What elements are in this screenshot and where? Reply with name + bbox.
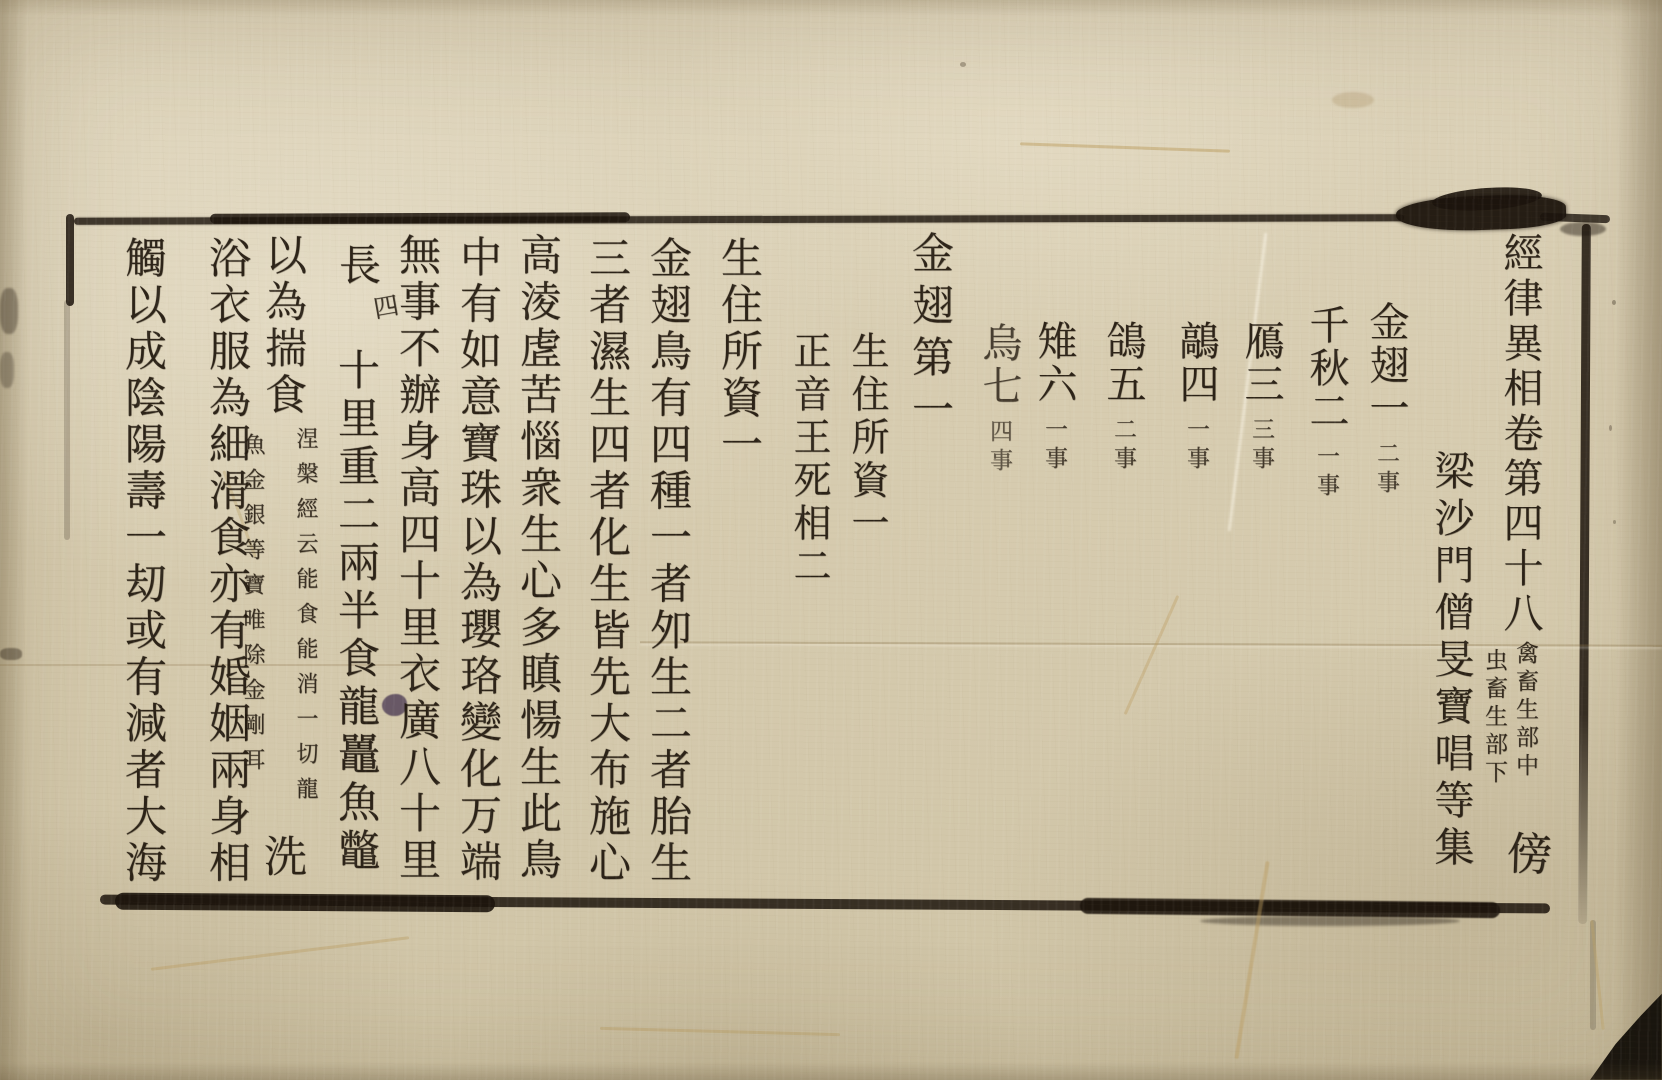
toc-entry-label: 金翅一 bbox=[1363, 301, 1409, 430]
body-column-7-lead: 以為揣食 bbox=[253, 233, 313, 419]
fiber-strand-7 bbox=[1590, 920, 1604, 1030]
edge-bleed-fragment-3 bbox=[0, 648, 22, 660]
section-marker: 傍 bbox=[1492, 829, 1559, 876]
interlinear-note-right: 涅槃經云能食能消一切龍 bbox=[290, 427, 321, 812]
volume-title: 經律異相卷第四十八 bbox=[1492, 232, 1549, 637]
body-column-6-lead: 長 bbox=[327, 243, 387, 290]
body-column-9: 觸以成陰陽壽一刧或有減者大海 bbox=[113, 236, 173, 887]
toc-entry-label: 鶮四 bbox=[1173, 320, 1219, 406]
frame-left-border-faint bbox=[64, 300, 70, 540]
top-ink-blob bbox=[1395, 193, 1566, 233]
body-column-7-tail: 洗 bbox=[252, 834, 313, 877]
toc-entry-pigeon: 鴿五二事 bbox=[1095, 320, 1152, 475]
toc-entry-pheasant: 雉六一事 bbox=[1026, 320, 1083, 475]
body-column-2: 三者濕生四者化生皆先大布施心 bbox=[577, 236, 637, 887]
brown-spot-1 bbox=[1332, 92, 1374, 108]
title-annotation-right: 禽畜生部中 bbox=[1509, 641, 1542, 781]
fiber-strand-3 bbox=[151, 936, 409, 971]
edge-bleed-fragment-1 bbox=[0, 288, 18, 334]
speck-1 bbox=[1612, 300, 1616, 305]
fiber-strand-1 bbox=[1020, 142, 1230, 152]
top-border-right-tail bbox=[1540, 213, 1610, 223]
toc-entry-golden-winged-bird: 金翅一二事 bbox=[1358, 301, 1415, 499]
speck-3 bbox=[1613, 520, 1616, 524]
top-ink-blob-2 bbox=[1431, 184, 1542, 214]
toc-entry-label: 烏七 bbox=[976, 322, 1022, 408]
chapter-subsection-2: 正音王死相二 bbox=[782, 331, 837, 589]
toc-entry-count: 三事 bbox=[1248, 417, 1274, 475]
toc-entry-count: 四事 bbox=[986, 419, 1012, 477]
frame-top-border bbox=[74, 214, 1404, 224]
fiber-strand-5 bbox=[1124, 595, 1180, 715]
frame-bottom-border-thick-left bbox=[115, 893, 495, 913]
fiber-strand-4 bbox=[600, 1027, 840, 1036]
toc-entry-goose: 鴈三三事 bbox=[1233, 320, 1290, 475]
chapter-heading: 金翅第一 bbox=[900, 231, 960, 439]
chapter-subsection-1: 生住所資一 bbox=[840, 331, 895, 546]
toc-entry-label: 鴿五 bbox=[1100, 320, 1146, 406]
top-ink-speckles bbox=[1560, 222, 1606, 236]
scan-corner-black bbox=[1582, 990, 1662, 1080]
body-column-5: 無事不辦身高四十里衣廣八十里 bbox=[387, 233, 447, 884]
body-column-4: 中有如意寶珠以為瓔珞變化万端 bbox=[448, 235, 508, 886]
toc-entry-label: 雉六 bbox=[1031, 320, 1077, 406]
frame-bottom-border bbox=[100, 895, 1550, 914]
toc-entry-count: 一事 bbox=[1313, 444, 1339, 502]
toc-entry-label: 鴈三 bbox=[1238, 320, 1284, 406]
edge-bleed-fragment-2 bbox=[0, 352, 14, 388]
page-right-curl-shading bbox=[1616, 0, 1662, 1080]
compiler-line: 梁沙門僧旻寶唱等集 bbox=[1423, 450, 1480, 873]
body-column-8: 浴衣服為細滑食亦有婚姻兩身相 bbox=[197, 236, 257, 887]
body-column-1: 金翅鳥有四種一者夘生二者胎生 bbox=[638, 236, 698, 887]
frame-right-border bbox=[1578, 224, 1591, 924]
toc-entry-label: 千秋二 bbox=[1303, 304, 1349, 433]
manuscript-page: 經律異相卷第四十八 禽畜生部中 虫畜生部下 傍 梁沙門僧旻寶唱等集 金翅一二事 … bbox=[0, 0, 1662, 1080]
toc-entry-crane: 鶮四一事 bbox=[1168, 320, 1225, 475]
body-column-3: 高淩虗苦惱衆生心多瞋愓生此鳥 bbox=[508, 233, 568, 884]
frame-bottom-border-blob bbox=[1080, 898, 1500, 918]
toc-entry-crow: 烏七四事 bbox=[971, 322, 1028, 477]
title-annotation-left: 虫畜生部下 bbox=[1478, 648, 1511, 788]
frame-top-border-thick bbox=[210, 212, 630, 223]
fiber-strand-2 bbox=[1234, 861, 1269, 1059]
scan-bottom-edge-shadow bbox=[0, 1062, 1662, 1080]
frame-left-border bbox=[66, 214, 74, 306]
toc-entry-count: 二事 bbox=[1373, 441, 1399, 499]
frame-right-border-fade bbox=[1590, 920, 1596, 1030]
speck-2 bbox=[1609, 425, 1612, 431]
page-left-edge-shading bbox=[0, 0, 28, 1080]
page-top-edge-shading bbox=[0, 0, 1662, 16]
body-column-6-rest: 十里重二兩半食龍鼉魚鼈 bbox=[326, 348, 386, 876]
body-section-title: 生住所資一 bbox=[709, 236, 769, 469]
toc-entry-count: 一事 bbox=[1041, 417, 1067, 475]
toc-entry-count: 二事 bbox=[1110, 417, 1136, 475]
speck-4 bbox=[960, 62, 966, 67]
toc-entry-qianqiu: 千秋二一事 bbox=[1298, 304, 1355, 502]
bottom-border-speckles bbox=[1200, 916, 1460, 926]
toc-entry-count: 一事 bbox=[1183, 417, 1209, 475]
